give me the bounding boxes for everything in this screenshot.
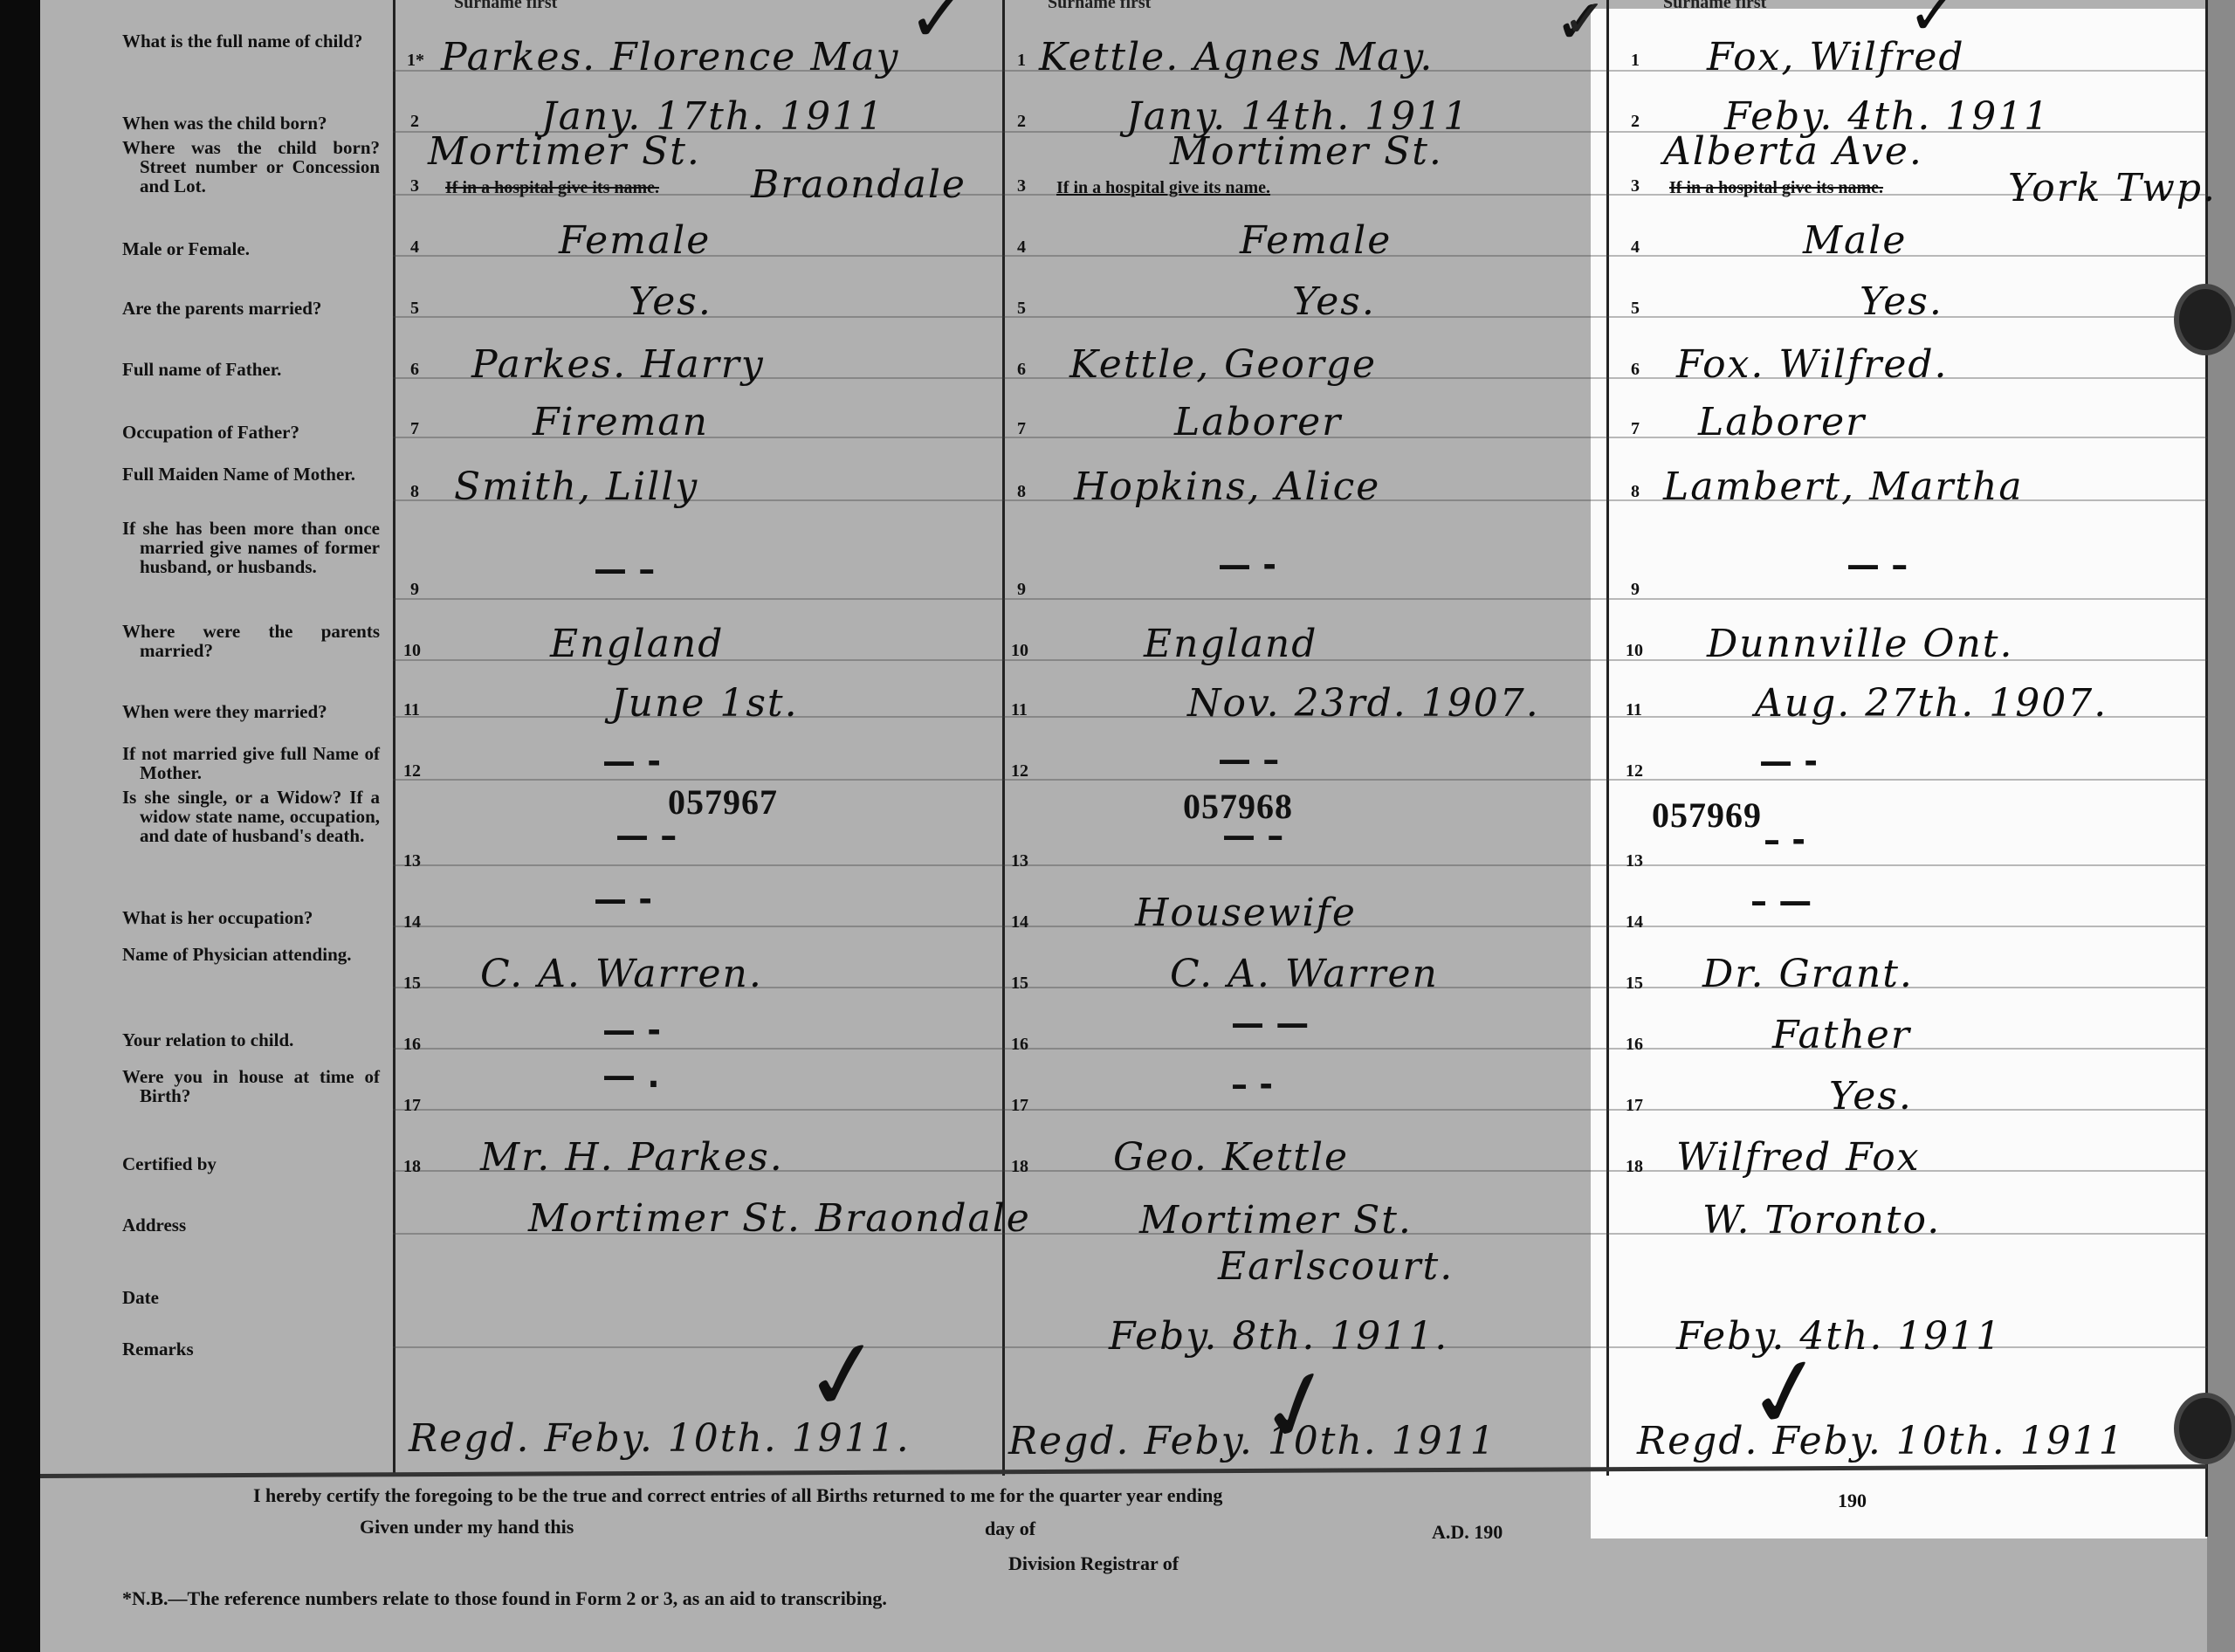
- row-number: 14: [403, 912, 421, 933]
- row-number: 13: [403, 851, 421, 871]
- former-husbands: — –: [1846, 546, 1908, 584]
- widow-info: — –: [615, 816, 677, 855]
- mother-occupation: — -: [594, 880, 652, 919]
- row-number: 14: [1626, 912, 1643, 933]
- column-divider: [1606, 0, 1609, 1476]
- label-mother-occupation: What is her occupation?: [122, 908, 380, 927]
- row-number: 1*: [407, 51, 424, 71]
- father-occupation: Laborer: [1174, 400, 1342, 444]
- row-number: 17: [1626, 1096, 1643, 1116]
- widow-info: — –: [1222, 816, 1283, 855]
- label-sex: Male or Female.: [122, 239, 380, 258]
- row-number: 9: [1017, 580, 1026, 600]
- birth-street: Mortimer St.: [1170, 129, 1443, 174]
- label-certified-by: Certified by: [122, 1154, 380, 1174]
- widow-info: – -: [1764, 821, 1805, 859]
- checkmark-icon: ✓: [908, 0, 966, 52]
- label-father-name: Full name of Father.: [122, 360, 380, 379]
- row-number: 17: [403, 1096, 421, 1116]
- row-number: 12: [403, 761, 421, 781]
- row-number: 3: [1631, 176, 1640, 196]
- parents-married-when: Nov. 23rd. 1907.: [1187, 681, 1540, 726]
- certified-by: Mr. H. Parkes.: [480, 1135, 784, 1180]
- label-remarks: Remarks: [122, 1339, 380, 1359]
- row-number: 10: [1626, 641, 1643, 661]
- column-divider: [2205, 0, 2208, 1537]
- certified-by: Geo. Kettle: [1113, 1135, 1349, 1180]
- row-number: 17: [1011, 1096, 1028, 1116]
- registration-number: 057967: [668, 781, 778, 823]
- punch-hole: [2174, 284, 2235, 355]
- row-number: 8: [1017, 482, 1026, 502]
- unmarried-mother-name: — –: [1218, 740, 1279, 779]
- hospital-prompt: If in a hospital give its name.: [1669, 178, 1883, 198]
- row-number: 6: [410, 360, 419, 380]
- parents-married-when: June 1st.: [611, 681, 799, 726]
- address-line1: Mortimer St. Braondale: [528, 1196, 1031, 1241]
- label-mother-maiden: Full Maiden Name of Mother.: [122, 465, 380, 484]
- column-header: Surname first: [1663, 0, 1766, 13]
- birth-street: Mortimer St.: [428, 129, 701, 174]
- label-parents-married-where: Where were the parents married?: [122, 622, 380, 660]
- mother-maiden-name: Lambert, Martha: [1663, 465, 2024, 509]
- row-number: 18: [1626, 1157, 1643, 1177]
- reference-note: *N.B.—The reference numbers relate to th…: [122, 1587, 887, 1610]
- row-number: 3: [410, 176, 419, 196]
- birth-place: Braondale: [751, 162, 966, 207]
- label-parents-married-when: When were they married?: [122, 702, 380, 721]
- label-address: Address: [122, 1215, 380, 1235]
- row-number: 15: [1626, 974, 1643, 994]
- row-number: 12: [1626, 761, 1643, 781]
- parents-married-where: Dunnville Ont.: [1707, 622, 2013, 666]
- registered-date: Regd. Feby. 10th. 1911: [1637, 1419, 2125, 1463]
- unmarried-mother-name: — -: [602, 742, 661, 781]
- in-house-at-birth: – -: [1231, 1065, 1273, 1104]
- certify-year: 190: [1838, 1490, 1867, 1512]
- row-number: 11: [403, 700, 420, 720]
- parents-married: Yes.: [1860, 279, 1943, 324]
- row-number: 11: [1626, 700, 1642, 720]
- physician: C. A. Warren.: [480, 952, 763, 996]
- mother-maiden-name: Smith, Lilly: [454, 465, 698, 509]
- row-number: 18: [403, 1157, 421, 1177]
- ruled-line: [393, 1048, 2207, 1050]
- address-line1: Mortimer St.: [1139, 1198, 1413, 1242]
- label-physician: Name of Physician attending.: [122, 945, 380, 964]
- row-number: 16: [1626, 1035, 1643, 1055]
- row-number: 9: [410, 580, 419, 600]
- entry-date: Feby. 4th. 1911: [1676, 1314, 2002, 1359]
- former-husbands: — –: [594, 550, 655, 589]
- row-number: 16: [403, 1035, 421, 1055]
- ruled-line: [393, 864, 2207, 866]
- birth-street: Alberta Ave.: [1663, 129, 1923, 174]
- address-line2: Earlscourt.: [1218, 1244, 1454, 1289]
- row-number: 10: [1011, 641, 1028, 661]
- in-house-at-birth: Yes.: [1829, 1074, 1913, 1119]
- checkmark-icon: ✓: [797, 1322, 891, 1428]
- column-divider: [393, 0, 395, 1476]
- certify-statement: I hereby certify the foregoing to be the…: [253, 1484, 1222, 1507]
- parents-married: Yes.: [1292, 279, 1376, 324]
- label-former-husbands: If she has been more than once married g…: [122, 519, 380, 576]
- division-registrar: Division Registrar of: [1008, 1552, 1179, 1575]
- parents-married-when: Aug. 27th. 1907.: [1755, 681, 2108, 726]
- child-name: Parkes. Florence May: [441, 35, 899, 79]
- row-number: 6: [1631, 360, 1640, 380]
- label-relation: Your relation to child.: [122, 1030, 380, 1050]
- address-line1: W. Toronto.: [1702, 1198, 1941, 1242]
- ruled-line: [393, 779, 2207, 781]
- row-number: 15: [1011, 974, 1028, 994]
- row-number: 2: [410, 112, 419, 132]
- parents-married-where: England: [1144, 622, 1317, 666]
- checkmark-icon: ✓: [1563, 0, 1606, 45]
- child-name: Kettle. Agnes May.: [1039, 35, 1434, 79]
- label-born-where: Where was the child born? Street number …: [122, 138, 380, 196]
- label-father-occupation: Occupation of Father?: [122, 423, 380, 442]
- row-number: 4: [1631, 237, 1640, 258]
- row-number: 10: [403, 641, 421, 661]
- row-number: 3: [1017, 176, 1026, 196]
- in-house-at-birth: — .: [602, 1057, 660, 1095]
- father-occupation: Fireman: [533, 400, 709, 444]
- former-husbands: — -: [1218, 546, 1276, 584]
- physician: C. A. Warren: [1170, 952, 1439, 996]
- punch-hole: [2174, 1393, 2235, 1464]
- father-occupation: Laborer: [1698, 400, 1866, 444]
- row-number: 6: [1017, 360, 1026, 380]
- row-number: 7: [1631, 419, 1640, 439]
- checkmark-icon: ✓: [1738, 1339, 1834, 1447]
- ruled-line: [393, 1109, 2207, 1111]
- row-number: 5: [1017, 299, 1026, 319]
- label-widow-info: Is she single, or a Widow? If a widow st…: [122, 788, 380, 845]
- row-number: 9: [1631, 580, 1640, 600]
- row-number: 11: [1011, 700, 1028, 720]
- hospital-prompt: If in a hospital give its name.: [1056, 178, 1270, 198]
- row-number: 16: [1011, 1035, 1028, 1055]
- scan-left-margin: [0, 0, 40, 1652]
- row-number: 4: [410, 237, 419, 258]
- label-unmarried-mother: If not married give full Name of Mother.: [122, 744, 380, 782]
- label-parents-married: Are the parents married?: [122, 299, 380, 318]
- row-number: 4: [1017, 237, 1026, 258]
- row-number: 1: [1631, 51, 1640, 71]
- row-number: 2: [1631, 112, 1640, 132]
- row-number: 15: [403, 974, 421, 994]
- column-header: Surname first: [1048, 0, 1151, 13]
- mother-maiden-name: Hopkins, Alice: [1074, 465, 1380, 509]
- row-number: 2: [1017, 112, 1026, 132]
- relation-to-child: — —: [1231, 1004, 1309, 1043]
- unmarried-mother-name: — -: [1759, 742, 1818, 781]
- label-born-when: When was the child born?: [122, 114, 380, 133]
- registration-number: 057969: [1652, 795, 1762, 836]
- column-header: Surname first: [454, 0, 557, 13]
- mother-occupation: Housewife: [1135, 891, 1357, 935]
- row-number: 7: [1017, 419, 1026, 439]
- registered-date: Regd. Feby. 10th. 1911: [1008, 1419, 1496, 1463]
- relation-to-child: Father: [1772, 1013, 1911, 1057]
- mother-occupation: – —: [1750, 882, 1812, 920]
- day-of: day of: [985, 1518, 1035, 1540]
- row-number: 14: [1011, 912, 1028, 933]
- ruled-line: [393, 194, 2207, 196]
- certified-by: Wilfred Fox: [1676, 1135, 1921, 1180]
- parents-married-where: England: [550, 622, 724, 666]
- father-name: Kettle, George: [1069, 342, 1377, 387]
- sex: Female: [559, 218, 711, 263]
- hospital-prompt: If in a hospital give its name.: [445, 178, 659, 198]
- row-number: 8: [410, 482, 419, 502]
- label-in-house: Were you in house at time of Birth?: [122, 1067, 380, 1105]
- row-number: 1: [1017, 51, 1026, 71]
- sex: Male: [1803, 218, 1907, 263]
- ruled-line: [393, 598, 2207, 600]
- row-number: 13: [1626, 851, 1643, 871]
- father-name: Fox. Wilfred.: [1676, 342, 1949, 387]
- physician: Dr. Grant.: [1702, 952, 1914, 996]
- given-under-hand: Given under my hand this: [360, 1516, 574, 1538]
- column-divider: [1002, 0, 1005, 1476]
- birth-place: York Twp.: [2008, 166, 2217, 210]
- checkmark-icon: ✓: [1908, 0, 1959, 44]
- row-number: 18: [1011, 1157, 1028, 1177]
- row-number: 5: [410, 299, 419, 319]
- father-name: Parkes. Harry: [471, 342, 765, 387]
- label-child-name: What is the full name of child?: [122, 31, 380, 51]
- row-number: 7: [410, 419, 419, 439]
- row-number: 12: [1011, 761, 1028, 781]
- row-number: 13: [1011, 851, 1028, 871]
- row-number: 5: [1631, 299, 1640, 319]
- sex: Female: [1240, 218, 1392, 263]
- label-date: Date: [122, 1288, 380, 1307]
- row-number: 8: [1631, 482, 1640, 502]
- parents-married: Yes.: [629, 279, 712, 324]
- relation-to-child: — -: [602, 1011, 661, 1050]
- ad-year: A.D. 190: [1432, 1521, 1503, 1544]
